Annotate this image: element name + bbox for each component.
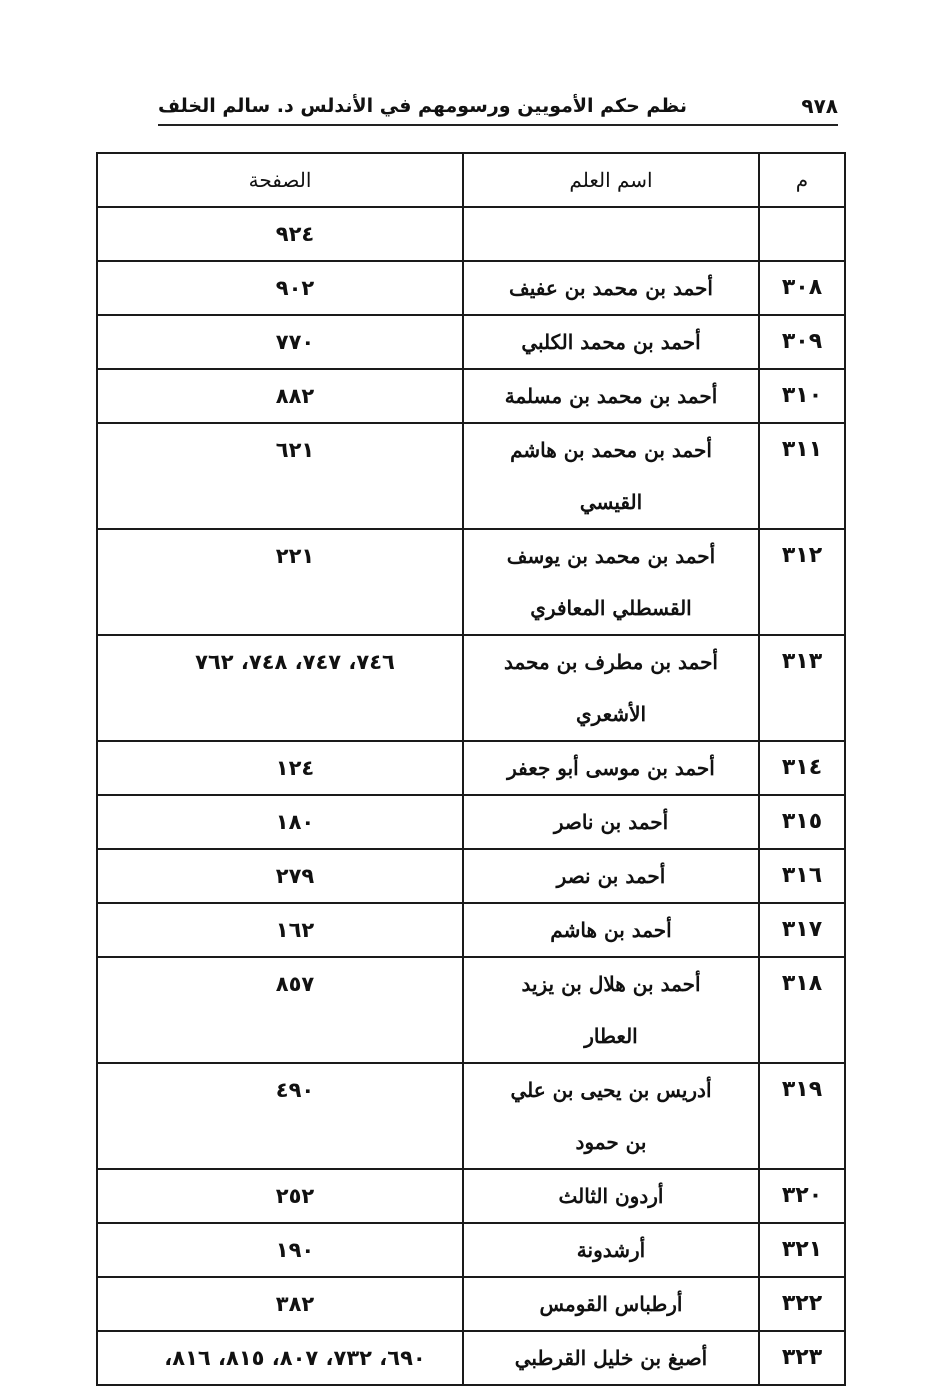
page-references-text: ٩٢٤ [98,208,462,260]
table-row: ٣١١أحمد بن محمد بن هاشم القيسي٦٢١ [97,423,845,529]
page-references: ١٢٤ [97,741,463,795]
row-number-text: ٣١٥ [760,796,844,848]
table-row: ٣١٦أحمد بن نصر٢٧٩ [97,849,845,903]
row-number: ٣١٩ [759,1063,845,1169]
person-name: أحمد بن محمد بن مسلمة [463,369,759,423]
running-title: نظم حكم الأمويين ورسومهم في الأندلس د. س… [158,95,687,117]
header-rule [158,124,838,126]
row-number-text: ٣٢١ [760,1224,844,1276]
row-number: ٣١١ [759,423,845,529]
row-number: ٣١٥ [759,795,845,849]
table-row: ٣٠٩أحمد بن محمد الكلبي٧٧٠ [97,315,845,369]
person-name: أحمد بن مطرف بن محمد الأشعري [463,635,759,741]
person-name: أحمد بن محمد بن هاشم القيسي [463,423,759,529]
person-name: أحمد بن نصر [463,849,759,903]
column-header-name: اسم العلم [463,153,759,207]
person-name: أحمد بن موسى أبو جعفر [463,741,759,795]
table-row: ٣١٢أحمد بن محمد بن يوسف القسطلي المعافري… [97,529,845,635]
person-name-text: أحمد بن محمد بن يوسف القسطلي المعافري [464,530,758,634]
page-references-text: ٤٩٠ [98,1064,462,1116]
page-references: ٢٧٩ [97,849,463,903]
row-number-text: ٣١١ [760,424,844,476]
row-number-text: ٣١٣ [760,636,844,688]
page-references: ١٦٢ [97,903,463,957]
page-references: ١٨٠ [97,795,463,849]
row-number-text: ٣٠٩ [760,316,844,368]
person-name [463,207,759,261]
person-name: أرطباس القومس [463,1277,759,1331]
page-number: ٩٧٨ [801,94,838,118]
page-header: ٩٧٨ نظم حكم الأمويين ورسومهم في الأندلس … [158,88,838,124]
row-number: ٣٢٣ [759,1331,845,1385]
page-references-text: ٨٨٢ [98,370,462,422]
row-number-text: ٣٢٢ [760,1278,844,1330]
table-row: ٣٢٠أردون الثالث٢٥٢ [97,1169,845,1223]
row-number-text: ٣١٠ [760,370,844,422]
row-number: ٣١٠ [759,369,845,423]
row-number: ٣٢٠ [759,1169,845,1223]
page-references: ٢٢١ [97,529,463,635]
column-header-number: م [759,153,845,207]
person-name: أردون الثالث [463,1169,759,1223]
person-name-text: أرشدونة [464,1224,758,1276]
page-references: ٣٨٢ [97,1277,463,1331]
person-name-text: أحمد بن هاشم [464,904,758,956]
table-header-row: م اسم العلم الصفحة [97,153,845,207]
person-name-text: أحمد بن محمد بن هاشم القيسي [464,424,758,528]
row-number-text: ٣١٤ [760,742,844,794]
person-name-text: أحمد بن محمد بن عفيف [464,262,758,314]
page-references-text: ٢٢١ [98,530,462,582]
page-references: ٢٥٢ [97,1169,463,1223]
person-name-text: أحمد بن محمد الكلبي [464,316,758,368]
page-references: ١٩٠ [97,1223,463,1277]
row-number: ٣٠٨ [759,261,845,315]
page-references-text: ١٦٢ [98,904,462,956]
page-references-text: ٢٥٢ [98,1170,462,1222]
person-name: أحمد بن هاشم [463,903,759,957]
page-references: ٨٨٢ [97,369,463,423]
person-name-text: أدريس بن يحيى بن علي بن حمود [464,1064,758,1168]
row-number-text: ٣١٧ [760,904,844,956]
person-name: أحمد بن محمد الكلبي [463,315,759,369]
page-references: ٤٩٠ [97,1063,463,1169]
page-references: ٦٢١ [97,423,463,529]
person-name: أحمد بن محمد بن عفيف [463,261,759,315]
table-row: ٣١٣أحمد بن مطرف بن محمد الأشعري٧٤٦، ٧٤٧،… [97,635,845,741]
page-references: ٦٩٠، ٧٣٢، ٨٠٧، ٨١٥، ٨١٦، [97,1331,463,1385]
row-number: ٣١٣ [759,635,845,741]
person-name-text: أحمد بن مطرف بن محمد الأشعري [464,636,758,740]
table-row: ٣١٥أحمد بن ناصر١٨٠ [97,795,845,849]
person-name-text: أحمد بن نصر [464,850,758,902]
table-row: ٣٢٣أصبغ بن خليل القرطبي٦٩٠، ٧٣٢، ٨٠٧، ٨١… [97,1331,845,1385]
person-name: أصبغ بن خليل القرطبي [463,1331,759,1385]
person-name-text: أرطباس القومس [464,1278,758,1330]
row-number: ٣١٧ [759,903,845,957]
person-name-text: أحمد بن موسى أبو جعفر [464,742,758,794]
row-number: ٣١٦ [759,849,845,903]
page-references-text: ٧٧٠ [98,316,462,368]
table-row: ٣١٤أحمد بن موسى أبو جعفر١٢٤ [97,741,845,795]
row-number: ٣١٤ [759,741,845,795]
person-name: أحمد بن محمد بن يوسف القسطلي المعافري [463,529,759,635]
page-references-text: ١٨٠ [98,796,462,848]
page-references-text: ٧٤٦، ٧٤٧، ٧٤٨، ٧٦٢ [98,636,462,688]
page-references-text: ٩٠٢ [98,262,462,314]
table-row: ٣١٧أحمد بن هاشم١٦٢ [97,903,845,957]
person-name-text: أحمد بن هلال بن يزيد العطار [464,958,758,1062]
row-number: ٣١٨ [759,957,845,1063]
person-name-text: أردون الثالث [464,1170,758,1222]
row-number-text: ٣٢٠ [760,1170,844,1222]
row-number: ٣٠٩ [759,315,845,369]
page-references-text: ١٢٤ [98,742,462,794]
table-row: ٣١٩أدريس بن يحيى بن علي بن حمود٤٩٠ [97,1063,845,1169]
person-name: أدريس بن يحيى بن علي بن حمود [463,1063,759,1169]
page-references: ٧٧٠ [97,315,463,369]
person-name-text: أحمد بن محمد بن مسلمة [464,370,758,422]
column-header-pages: الصفحة [97,153,463,207]
page-references: ٨٥٧ [97,957,463,1063]
person-name-text: أحمد بن ناصر [464,796,758,848]
person-name: أحمد بن هلال بن يزيد العطار [463,957,759,1063]
page-references-text: ٦٢١ [98,424,462,476]
row-number-text: ٣٠٨ [760,262,844,314]
table-row: ٩٢٤ [97,207,845,261]
page-references-text: ٣٨٢ [98,1278,462,1330]
person-name-text: أصبغ بن خليل القرطبي [464,1332,758,1384]
row-number [759,207,845,261]
person-name: أحمد بن ناصر [463,795,759,849]
row-number: ٣٢٢ [759,1277,845,1331]
index-table: م اسم العلم الصفحة ٩٢٤٣٠٨أحمد بن محمد بن… [96,152,846,1386]
row-number-text: ٣١٩ [760,1064,844,1116]
table-row: ٣١٨أحمد بن هلال بن يزيد العطار٨٥٧ [97,957,845,1063]
page-references-text: ٦٩٠، ٧٣٢، ٨٠٧، ٨١٥، ٨١٦، [98,1332,462,1384]
page-references: ٩٠٢ [97,261,463,315]
row-number: ٣١٢ [759,529,845,635]
page-references-text: ٢٧٩ [98,850,462,902]
table-row: ٣٠٨أحمد بن محمد بن عفيف٩٠٢ [97,261,845,315]
table-row: ٣١٠أحمد بن محمد بن مسلمة٨٨٢ [97,369,845,423]
page-references: ٧٤٦، ٧٤٧، ٧٤٨، ٧٦٢ [97,635,463,741]
page-references-text: ٨٥٧ [98,958,462,1010]
page-references: ٩٢٤ [97,207,463,261]
table-row: ٣٢١أرشدونة١٩٠ [97,1223,845,1277]
row-number-text: ٣١٦ [760,850,844,902]
row-number: ٣٢١ [759,1223,845,1277]
row-number-text: ٣١٨ [760,958,844,1010]
row-number-text: ٣٢٣ [760,1332,844,1384]
page-references-text: ١٩٠ [98,1224,462,1276]
person-name: أرشدونة [463,1223,759,1277]
row-number-text: ٣١٢ [760,530,844,582]
table-row: ٣٢٢أرطباس القومس٣٨٢ [97,1277,845,1331]
